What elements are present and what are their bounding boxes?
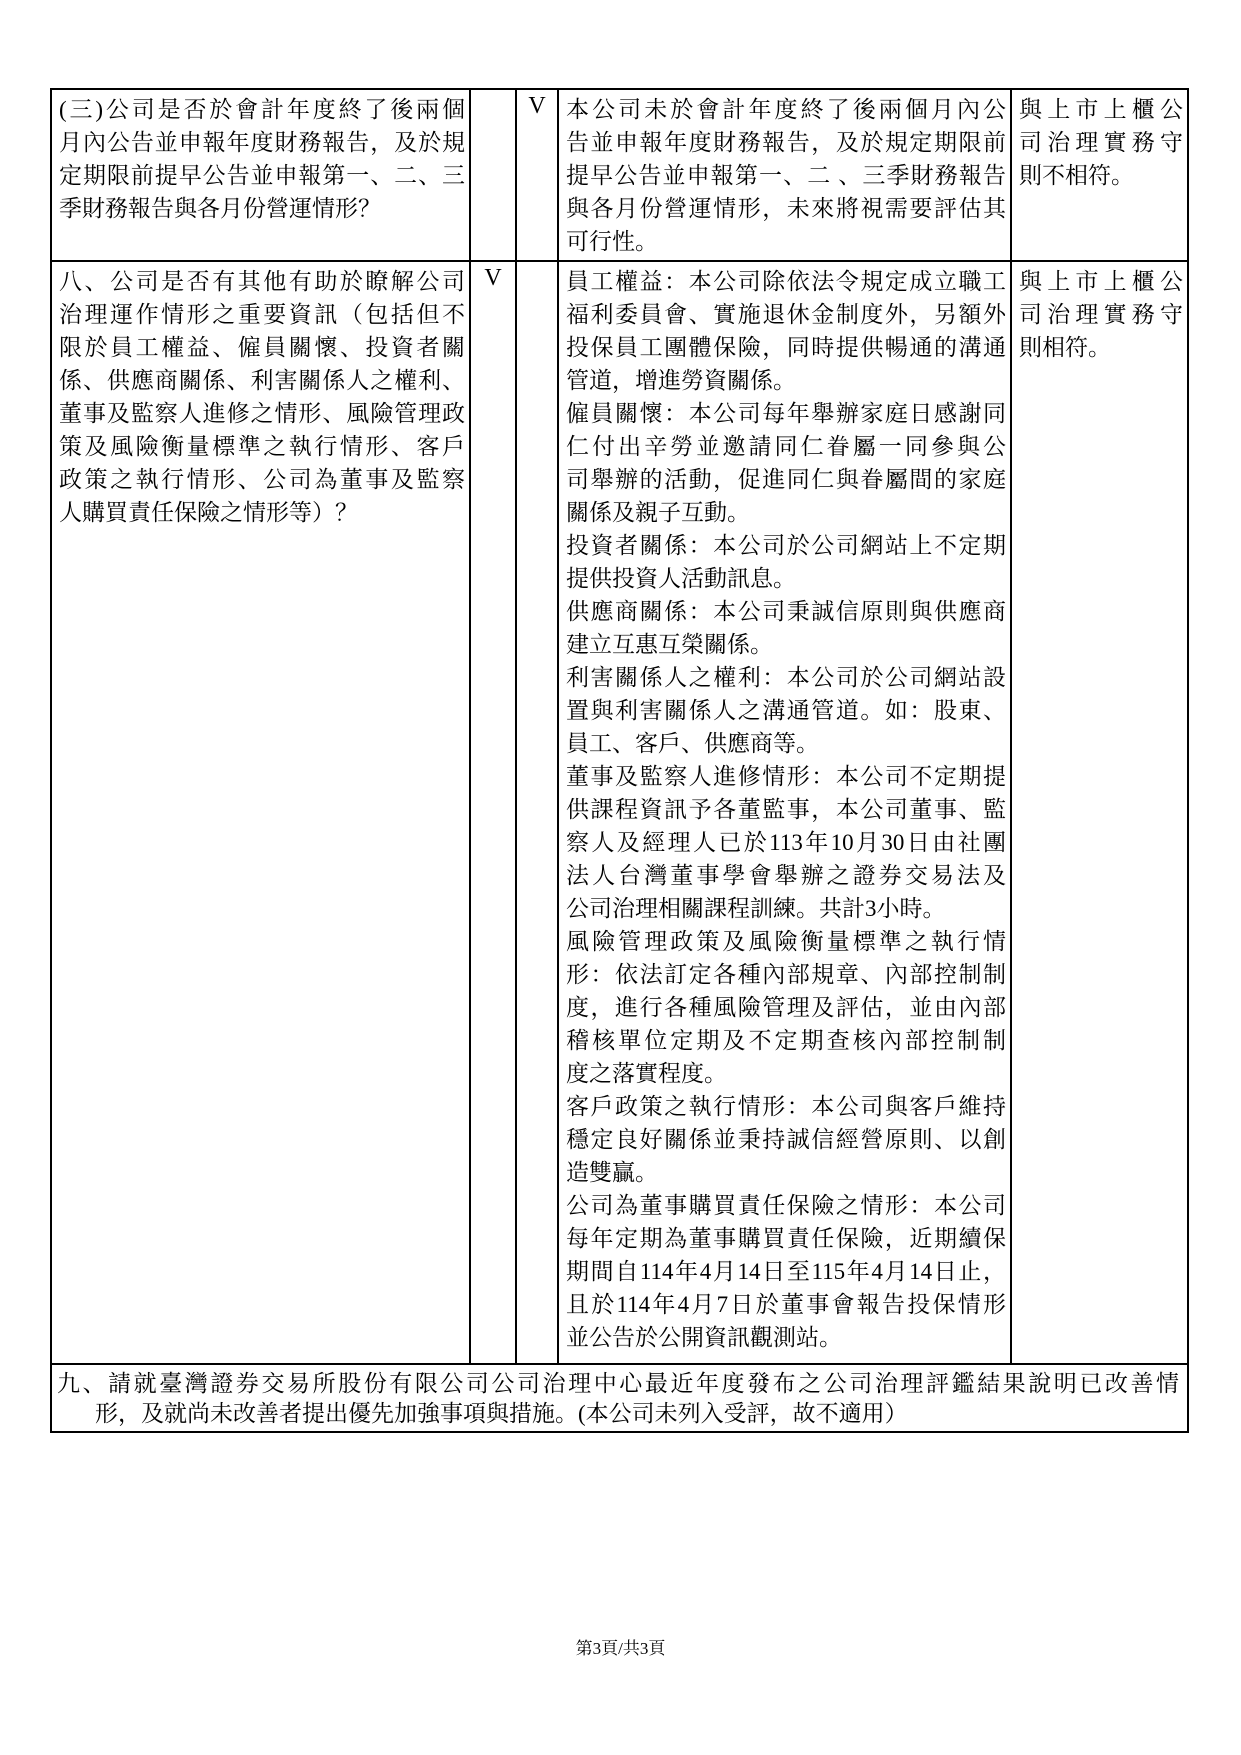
notes-cell: 與上市上櫃公司治理實務守則相符。 (1011, 261, 1188, 1364)
text-line: 風險管理政策及風險衡量標準之執行情 (566, 925, 1006, 958)
paragraph: 八、公司是否有其他有助於瞭解公司治理運作情形之重要資訊（包括但不限於員工權益、僱… (59, 265, 465, 529)
text-line: 投資者關係：本公司於公司網站上不定期 (566, 529, 1006, 562)
yes-checkmark-cell (470, 89, 516, 261)
governance-table: (三)公司是否於會計年度終了後兩個月內公告並申報年度財務報告，及於規定期限前提早… (50, 88, 1189, 1433)
text-line: 董事及監察人進修情形：本公司不定期提 (566, 760, 1006, 793)
text-line: 度，進行各種風險管理及評估，並由內部 (566, 991, 1006, 1024)
table-row: 八、公司是否有其他有助於瞭解公司治理運作情形之重要資訊（包括但不限於員工權益、僱… (51, 261, 1188, 1364)
text-line: 僱員關懷：本公司每年舉辦家庭日感謝同 (566, 397, 1006, 430)
page-number: 第3頁/共3頁 (0, 1634, 1241, 1659)
text-line: 每年定期為董事購買責任保險，近期續保 (566, 1222, 1006, 1255)
notes-cell: 與上市上櫃公司治理實務守則不相符。 (1011, 89, 1188, 261)
text-line: 董事及監察人進修之情形、風險管理政 (59, 397, 465, 430)
text-line: 政策之執行情形、公司為董事及監察 (59, 463, 465, 496)
text-line: 八、公司是否有其他有助於瞭解公司 (59, 265, 465, 298)
item-nine-cell: 九、請就臺灣證券交易所股份有限公司公司治理中心最近年度發布之公司治理評鑑結果說明… (51, 1364, 1188, 1432)
text-line: 治理運作情形之重要資訊（包括但不 (59, 298, 465, 331)
text-line: 九、請就臺灣證券交易所股份有限公司公司治理中心最近年度發布之公司治理評鑑結果說明… (57, 1369, 1179, 1399)
text-line: 司治理實務守 (1019, 298, 1183, 331)
paragraph: 與上市上櫃公司治理實務守則相符。 (1019, 265, 1183, 364)
notes-text: 與上市上櫃公司治理實務守則不相符。 (1012, 90, 1187, 194)
text-line: 供課程資訊予各董監事，本公司董事、監 (566, 793, 1006, 826)
answer-cell: 員工權益：本公司除依法令規定成立職工福利委員會、實施退休金制度外，另額外投保員工… (558, 261, 1011, 1364)
text-line: 穩定良好關係並秉持誠信經營原則、以創 (566, 1123, 1006, 1156)
paragraph: 僱員關懷：本公司每年舉辦家庭日感謝同仁付出辛勞並邀請同仁眷屬一同參與公司舉辦的活… (566, 397, 1006, 529)
text-line: 度之落實程度。 (566, 1057, 1006, 1090)
text-line: 則相符。 (1019, 331, 1183, 364)
text-line: 本公司未於會計年度終了後兩個月內公 (566, 93, 1006, 126)
page: { "footer": {"page_indicator": "第3頁/共3頁"… (0, 0, 1241, 1755)
paragraph: 本公司未於會計年度終了後兩個月內公告並申報年度財務報告，及於規定期限前提早公告並… (566, 93, 1006, 258)
paragraph: 供應商關係：本公司秉誠信原則與供應商建立互惠互榮關係。 (566, 595, 1006, 661)
text-line: 期間自114年4月14日至115年4月14日止， (566, 1255, 1006, 1288)
text-line: 策及風險衡量標準之執行情形、客戶 (59, 430, 465, 463)
text-line: 提早公告並申報第一、二 、三季財務報告 (566, 159, 1006, 192)
text-line: 告並申報年度財務報告，及於規定期限前 (566, 126, 1006, 159)
answer-cell: 本公司未於會計年度終了後兩個月內公告並申報年度財務報告，及於規定期限前提早公告並… (558, 89, 1011, 261)
text-line: 提供投資人活動訊息。 (566, 562, 1006, 595)
paragraph: 九、請就臺灣證券交易所股份有限公司公司治理中心最近年度發布之公司治理評鑑結果說明… (57, 1369, 1179, 1429)
item-nine-text: 九、請就臺灣證券交易所股份有限公司公司治理中心最近年度發布之公司治理評鑑結果說明… (52, 1365, 1187, 1431)
text-line: 福利委員會、實施退休金制度外，另額外 (566, 298, 1006, 331)
text-line: 利害關係人之權利：本公司於公司網站設 (566, 661, 1006, 694)
text-line: 仁付出辛勞並邀請同仁眷屬一同參與公 (566, 430, 1006, 463)
text-line: 形，及就尚未改善者提出優先加強事項與措施。(本公司未列入受評，故不適用） (57, 1399, 1179, 1429)
text-line: 置與利害關係人之溝通管道。如：股東、 (566, 694, 1006, 727)
paragraph: 公司為董事購買責任保險之情形：本公司每年定期為董事購買責任保險，近期續保期間自1… (566, 1189, 1006, 1354)
text-line: 察人及經理人已於113年10月30日由社團 (566, 826, 1006, 859)
text-line: 可行性。 (566, 225, 1006, 258)
paragraph: 董事及監察人進修情形：本公司不定期提供課程資訊予各董監事，本公司董事、監察人及經… (566, 760, 1006, 925)
paragraph: (三)公司是否於會計年度終了後兩個月內公告並申報年度財務報告，及於規定期限前提早… (59, 93, 465, 225)
text-line: 公司治理相關課程訓練。共計3小時。 (566, 892, 1006, 925)
text-line: 稽核單位定期及不定期查核內部控制制 (566, 1024, 1006, 1057)
text-line: 並公告於公開資訊觀測站。 (566, 1321, 1006, 1354)
text-line: 與上市上櫃公 (1019, 265, 1183, 298)
paragraph: 投資者關係：本公司於公司網站上不定期提供投資人活動訊息。 (566, 529, 1006, 595)
text-line: 建立互惠互榮關係。 (566, 628, 1006, 661)
text-line: 定期限前提早公告並申報第一、二、三 (59, 159, 465, 192)
text-line: 員工、客戶、供應商等。 (566, 727, 1006, 760)
text-line: 關係及親子互動。 (566, 496, 1006, 529)
answer-text: 本公司未於會計年度終了後兩個月內公告並申報年度財務報告，及於規定期限前提早公告並… (559, 90, 1010, 260)
text-line: 員工權益：本公司除依法令規定成立職工 (566, 265, 1006, 298)
question-text: (三)公司是否於會計年度終了後兩個月內公告並申報年度財務報告，及於規定期限前提早… (52, 90, 469, 227)
question-cell: 八、公司是否有其他有助於瞭解公司治理運作情形之重要資訊（包括但不限於員工權益、僱… (51, 261, 470, 1364)
text-line: 管道，增進勞資關係。 (566, 364, 1006, 397)
text-line: 人購買責任保險之情形等）？ (59, 496, 465, 529)
text-line: 造雙贏。 (566, 1156, 1006, 1189)
no-checkmark-cell: V (516, 89, 558, 261)
text-line: 與上市上櫃公 (1019, 93, 1183, 126)
text-line: 且於114年4月7日於董事會報告投保情形 (566, 1288, 1006, 1321)
text-line: 月內公告並申報年度財務報告，及於規 (59, 126, 465, 159)
paragraph: 員工權益：本公司除依法令規定成立職工福利委員會、實施退休金制度外，另額外投保員工… (566, 265, 1006, 397)
text-line: 與各月份營運情形，未來將視需要評估其 (566, 192, 1006, 225)
paragraph: 與上市上櫃公司治理實務守則不相符。 (1019, 93, 1183, 192)
text-line: 係、供應商關係、利害關係人之權利、 (59, 364, 465, 397)
text-line: 投保員工團體保險，同時提供暢通的溝通 (566, 331, 1006, 364)
text-line: 客戶政策之執行情形：本公司與客戶維持 (566, 1090, 1006, 1123)
paragraph: 利害關係人之權利：本公司於公司網站設置與利害關係人之溝通管道。如：股東、員工、客… (566, 661, 1006, 760)
text-line: 季財務報告與各月份營運情形？ (59, 192, 465, 225)
question-text: 八、公司是否有其他有助於瞭解公司治理運作情形之重要資訊（包括但不限於員工權益、僱… (52, 262, 469, 531)
answer-text: 員工權益：本公司除依法令規定成立職工福利委員會、實施退休金制度外，另額外投保員工… (559, 262, 1010, 1356)
text-line: 則不相符。 (1019, 159, 1183, 192)
text-line: 形：依法訂定各種內部規章、內部控制制 (566, 958, 1006, 991)
text-line: 供應商關係：本公司秉誠信原則與供應商 (566, 595, 1006, 628)
paragraph: 風險管理政策及風險衡量標準之執行情形：依法訂定各種內部規章、內部控制制度，進行各… (566, 925, 1006, 1090)
text-line: (三)公司是否於會計年度終了後兩個 (59, 93, 465, 126)
text-line: 司舉辦的活動，促進同仁與眷屬間的家庭 (566, 463, 1006, 496)
text-line: 法人台灣董事學會舉辦之證券交易法及 (566, 859, 1006, 892)
no-checkmark-cell (516, 261, 558, 1364)
yes-checkmark-cell: V (470, 261, 516, 1364)
notes-text: 與上市上櫃公司治理實務守則相符。 (1012, 262, 1187, 366)
paragraph: 客戶政策之執行情形：本公司與客戶維持穩定良好關係並秉持誠信經營原則、以創造雙贏。 (566, 1090, 1006, 1189)
question-cell: (三)公司是否於會計年度終了後兩個月內公告並申報年度財務報告，及於規定期限前提早… (51, 89, 470, 261)
table-row: (三)公司是否於會計年度終了後兩個月內公告並申報年度財務報告，及於規定期限前提早… (51, 89, 1188, 261)
text-line: 限於員工權益、僱員關懷、投資者關 (59, 331, 465, 364)
text-line: 公司為董事購買責任保險之情形：本公司 (566, 1189, 1006, 1222)
text-line: 司治理實務守 (1019, 126, 1183, 159)
table-row: 九、請就臺灣證券交易所股份有限公司公司治理中心最近年度發布之公司治理評鑑結果說明… (51, 1364, 1188, 1432)
